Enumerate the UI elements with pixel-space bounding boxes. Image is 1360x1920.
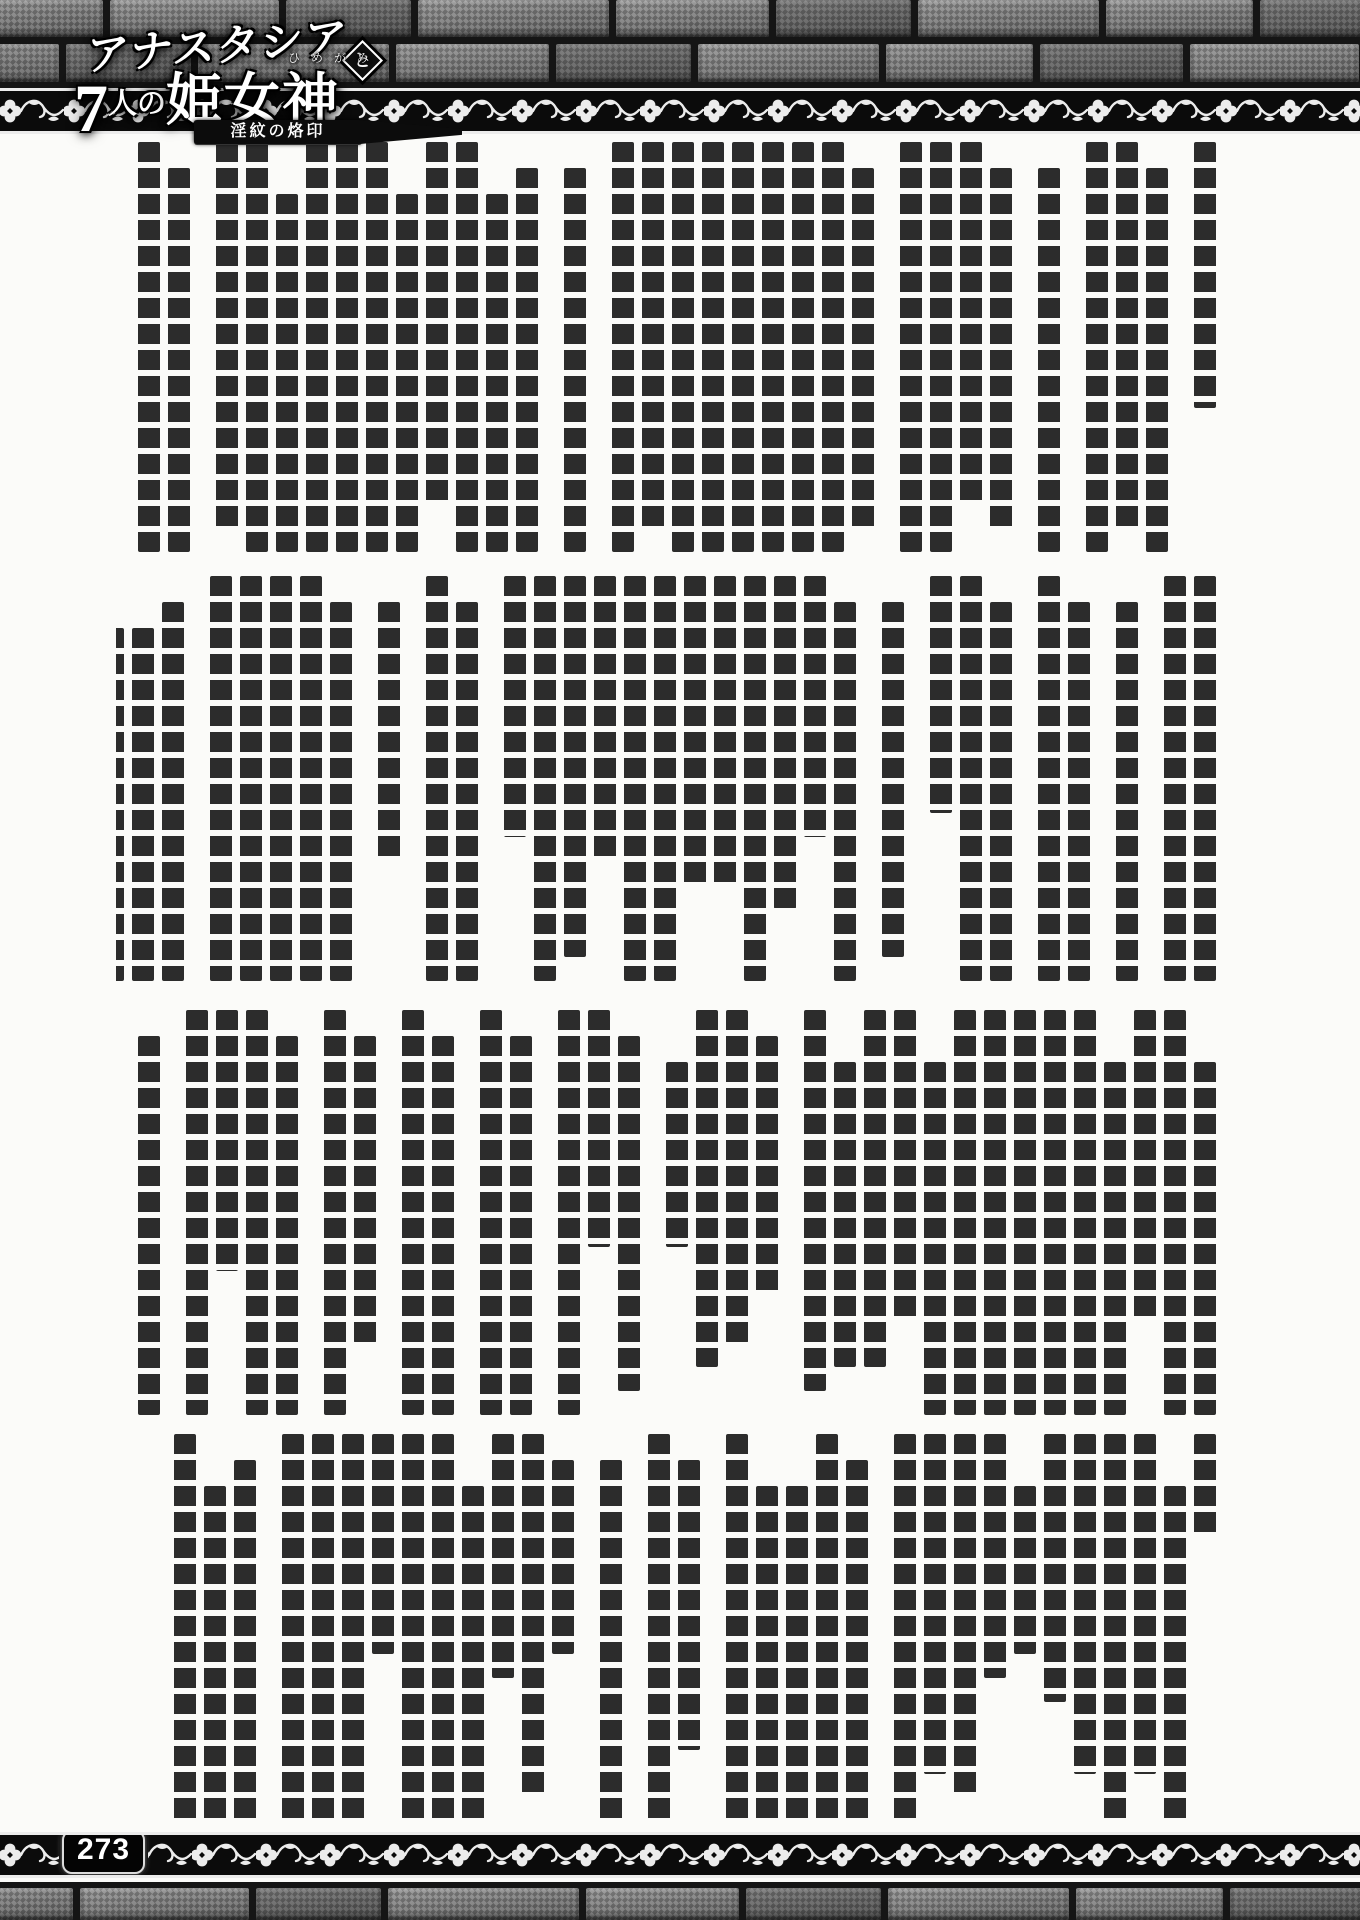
- flower-vine-ornament-icon: [768, 96, 832, 126]
- text-band-redacted: [116, 1434, 1216, 1822]
- prose-column-redacted: [954, 1434, 976, 1798]
- prose-column-redacted: [276, 194, 298, 552]
- prose-column-redacted: [726, 1010, 748, 1343]
- prose-column-redacted: [234, 1460, 256, 1822]
- brick: [1076, 1888, 1223, 1920]
- prose-column-redacted: [378, 602, 400, 861]
- flower-vine-ornament-icon: [576, 1840, 640, 1870]
- prose-column-redacted: [402, 1434, 424, 1822]
- prose-column-redacted: [426, 142, 448, 504]
- flower-vine-ornament-icon: [1024, 1840, 1088, 1870]
- brick: [1190, 44, 1359, 82]
- brick: [1230, 1888, 1360, 1920]
- prose-column-redacted: [732, 142, 754, 552]
- prose-column-redacted: [696, 1010, 718, 1367]
- brick-texture-top: [0, 0, 1360, 90]
- ornament-border-bottom: 273: [0, 1832, 1360, 1878]
- prose-column-redacted: [246, 142, 268, 552]
- prose-column-redacted: [324, 1010, 346, 1415]
- flower-vine-ornament-icon: [448, 1840, 512, 1870]
- prose-column-redacted: [756, 1036, 778, 1295]
- brick: [0, 1888, 73, 1920]
- flower-vine-ornament-icon: [384, 96, 448, 126]
- prose-column-redacted: [894, 1010, 916, 1319]
- brick: [698, 44, 879, 82]
- prose-column-redacted: [954, 1010, 976, 1415]
- flower-vine-ornament-icon: [1280, 1840, 1344, 1870]
- flower-vine-ornament-icon: [1216, 1840, 1280, 1870]
- prose-column-redacted: [1074, 1010, 1096, 1415]
- prose-column-redacted: [240, 576, 262, 981]
- flower-vine-ornament-icon: [704, 1840, 768, 1870]
- flower-vine-ornament-icon: [512, 96, 576, 126]
- prose-column-redacted: [522, 1434, 544, 1798]
- prose-column-redacted: [960, 142, 982, 504]
- prose-column-redacted: [174, 1434, 196, 1822]
- prose-column-redacted: [204, 1486, 226, 1822]
- flower-vine-ornament-icon: [192, 1840, 256, 1870]
- prose-column-redacted: [1134, 1434, 1156, 1774]
- prose-column-redacted: [1194, 1062, 1216, 1415]
- prose-column-redacted: [816, 1434, 838, 1822]
- brick: [286, 0, 411, 37]
- prose-column-redacted: [492, 1434, 514, 1678]
- prose-column-redacted: [306, 142, 328, 552]
- prose-column-redacted: [330, 602, 352, 981]
- prose-column-redacted: [882, 602, 904, 957]
- prose-column-redacted: [402, 1010, 424, 1415]
- prose-column-redacted: [1194, 1434, 1216, 1534]
- flower-vine-ornament-icon: [1344, 96, 1360, 126]
- prose-column-redacted: [1104, 1062, 1126, 1415]
- prose-column-redacted: [396, 194, 418, 552]
- prose-column-redacted: [852, 168, 874, 528]
- prose-column-redacted: [462, 1486, 484, 1822]
- prose-column-redacted: [642, 142, 664, 528]
- flower-vine-ornament-icon: [576, 96, 640, 126]
- prose-column-redacted: [432, 1434, 454, 1822]
- brick: [616, 0, 769, 37]
- flower-vine-ornament-icon: [1280, 96, 1344, 126]
- prose-column-redacted: [612, 142, 634, 552]
- brick: [1260, 0, 1360, 37]
- text-band-redacted: [116, 142, 1216, 552]
- prose-column-redacted: [1086, 142, 1108, 552]
- prose-column-redacted: [366, 142, 388, 552]
- prose-column-redacted: [480, 1010, 502, 1415]
- prose-column-redacted: [600, 1460, 622, 1822]
- prose-column-redacted: [216, 142, 238, 528]
- flower-vine-ornament-icon: [192, 96, 256, 126]
- brick: [886, 44, 1033, 82]
- brick: [198, 44, 389, 82]
- prose-column-redacted: [342, 1434, 364, 1822]
- prose-column-redacted: [372, 1434, 394, 1654]
- prose-column-redacted: [834, 602, 856, 981]
- brick: [388, 1888, 579, 1920]
- flower-vine-ornament-icon: [320, 1840, 384, 1870]
- prose-column-redacted: [648, 1434, 670, 1822]
- ornament-border-top: [0, 88, 1360, 134]
- prose-column-redacted: [456, 602, 478, 981]
- text-band-redacted: [116, 576, 1216, 981]
- prose-column-redacted: [714, 576, 736, 885]
- flower-vine-ornament-icon: [896, 96, 960, 126]
- prose-column-redacted: [834, 1062, 856, 1367]
- brick: [110, 0, 279, 37]
- flower-vine-ornament-icon: [960, 1840, 1024, 1870]
- prose-column-redacted: [684, 576, 706, 885]
- flower-vine-ornament-icon: [832, 1840, 896, 1870]
- prose-column-redacted: [594, 576, 616, 861]
- flower-vine-ornament-icon: [832, 96, 896, 126]
- prose-column-redacted: [960, 576, 982, 981]
- flower-vine-ornament-icon: [1024, 96, 1088, 126]
- prose-column-redacted: [1014, 1010, 1036, 1415]
- prose-column-redacted: [1044, 1010, 1066, 1415]
- prose-column-redacted: [588, 1010, 610, 1247]
- prose-column-redacted: [1194, 142, 1216, 408]
- prose-column-redacted: [168, 168, 190, 552]
- prose-column-redacted: [1068, 602, 1090, 981]
- brick: [396, 44, 549, 82]
- prose-column-redacted: [564, 168, 586, 552]
- prose-column-redacted: [864, 1010, 886, 1367]
- text-band-redacted: [116, 1010, 1216, 1415]
- prose-column-redacted: [900, 142, 922, 552]
- prose-column-redacted: [516, 168, 538, 552]
- flower-vine-ornament-icon: [256, 1840, 320, 1870]
- prose-column-redacted: [138, 1036, 160, 1415]
- prose-column-redacted: [510, 1036, 532, 1415]
- prose-column-redacted: [786, 1486, 808, 1822]
- prose-column-redacted: [246, 1010, 268, 1415]
- prose-column-redacted: [930, 142, 952, 552]
- prose-column-redacted: [1134, 1010, 1156, 1319]
- book-page: アナスタシア と ひめがみ 7人の姫女神 淫紋の烙印 273: [0, 0, 1360, 1920]
- prose-column-redacted: [186, 1010, 208, 1415]
- prose-column-redacted: [426, 576, 448, 981]
- flower-vine-ornament-icon: [1216, 96, 1280, 126]
- prose-column-redacted: [894, 1434, 916, 1822]
- prose-column-redacted: [984, 1434, 1006, 1678]
- prose-column-redacted: [336, 142, 358, 552]
- prose-column-redacted: [216, 1010, 238, 1271]
- prose-column-redacted: [822, 142, 844, 552]
- prose-column-redacted: [990, 602, 1012, 981]
- brick: [586, 1888, 739, 1920]
- prose-column-redacted: [534, 576, 556, 981]
- prose-column-redacted: [990, 168, 1012, 528]
- prose-column-redacted: [312, 1434, 334, 1822]
- prose-column-redacted: [1038, 576, 1060, 981]
- flower-vine-ornament-icon: [640, 96, 704, 126]
- prose-column-redacted: [354, 1036, 376, 1343]
- brick: [256, 1888, 381, 1920]
- flower-vine-ornament-icon: [256, 96, 320, 126]
- prose-column-redacted: [624, 576, 646, 981]
- brick: [888, 1888, 1069, 1920]
- prose-column-redacted: [270, 576, 292, 981]
- brick: [66, 44, 191, 82]
- prose-column-redacted: [1038, 168, 1060, 552]
- brick: [746, 1888, 881, 1920]
- prose-column-redacted: [702, 142, 724, 552]
- flower-vine-ornament-icon: [1344, 1840, 1360, 1870]
- prose-column-redacted: [282, 1434, 304, 1822]
- flower-vine-ornament-icon: [1152, 96, 1216, 126]
- prose-column-redacted: [300, 576, 322, 981]
- prose-column-redacted: [210, 576, 232, 981]
- prose-column-redacted: [678, 1460, 700, 1750]
- flower-vine-ornament-icon: [0, 96, 64, 126]
- prose-column-redacted: [116, 628, 124, 981]
- prose-column-redacted: [1164, 1486, 1186, 1822]
- flower-vine-ornament-icon: [1088, 96, 1152, 126]
- prose-column-redacted: [1044, 1434, 1066, 1702]
- prose-column-redacted: [1146, 168, 1168, 552]
- prose-column-redacted: [744, 576, 766, 981]
- prose-column-redacted: [804, 1010, 826, 1391]
- brick: [418, 0, 609, 37]
- prose-column-redacted: [564, 576, 586, 957]
- prose-column-redacted: [456, 142, 478, 552]
- prose-column-redacted: [552, 1460, 574, 1654]
- prose-column-redacted: [132, 628, 154, 981]
- flower-vine-ornament-icon: [320, 96, 384, 126]
- prose-column-redacted: [672, 142, 694, 552]
- flower-vine-ornament-icon: [128, 96, 192, 126]
- prose-column-redacted: [666, 1062, 688, 1247]
- prose-column-redacted: [774, 576, 796, 909]
- prose-column-redacted: [762, 142, 784, 552]
- flower-vine-ornament-icon: [512, 1840, 576, 1870]
- prose-column-redacted: [162, 602, 184, 981]
- prose-column-redacted: [1116, 142, 1138, 528]
- prose-column-redacted: [984, 1010, 1006, 1415]
- prose-column-redacted: [846, 1460, 868, 1822]
- brick: [556, 44, 691, 82]
- prose-column-redacted: [276, 1036, 298, 1415]
- brick: [1106, 0, 1253, 37]
- flower-vine-ornament-icon: [1088, 1840, 1152, 1870]
- prose-column-redacted: [1116, 602, 1138, 981]
- prose-column-redacted: [924, 1434, 946, 1774]
- prose-column-redacted: [756, 1486, 778, 1822]
- prose-column-redacted: [618, 1036, 640, 1391]
- flower-vine-ornament-icon: [1152, 1840, 1216, 1870]
- brick: [1040, 44, 1183, 82]
- prose-column-redacted: [1104, 1434, 1126, 1822]
- flower-vine-ornament-icon: [768, 1840, 832, 1870]
- prose-column-redacted: [558, 1010, 580, 1415]
- flower-vine-ornament-icon: [896, 1840, 960, 1870]
- prose-column-redacted: [1164, 576, 1186, 981]
- prose-column-redacted: [726, 1434, 748, 1822]
- prose-column-redacted: [930, 576, 952, 813]
- brick: [918, 0, 1099, 37]
- prose-column-redacted: [792, 142, 814, 552]
- prose-column-redacted: [924, 1062, 946, 1415]
- brick: [0, 0, 103, 37]
- brick: [80, 1888, 249, 1920]
- flower-vine-ornament-icon: [960, 96, 1024, 126]
- prose-column-redacted: [504, 576, 526, 837]
- prose-column-redacted: [1014, 1486, 1036, 1654]
- brick: [776, 0, 911, 37]
- flower-vine-ornament-icon: [704, 96, 768, 126]
- flower-vine-ornament-icon: [64, 96, 128, 126]
- prose-column-redacted: [138, 142, 160, 552]
- prose-column-redacted: [1164, 1010, 1186, 1415]
- prose-column-redacted: [486, 194, 508, 552]
- prose-column-redacted: [654, 576, 676, 981]
- prose-column-redacted: [1194, 576, 1216, 981]
- flower-vine-ornament-icon: [0, 1840, 64, 1870]
- prose-column-redacted: [804, 576, 826, 837]
- page-number-badge: 273: [62, 1832, 145, 1874]
- flower-vine-ornament-icon: [448, 96, 512, 126]
- prose-column-redacted: [432, 1036, 454, 1415]
- brick: [0, 44, 59, 82]
- brick-texture-bottom: [0, 1882, 1360, 1920]
- flower-vine-ornament-icon: [640, 1840, 704, 1870]
- flower-vine-ornament-icon: [384, 1840, 448, 1870]
- prose-column-redacted: [1074, 1434, 1096, 1774]
